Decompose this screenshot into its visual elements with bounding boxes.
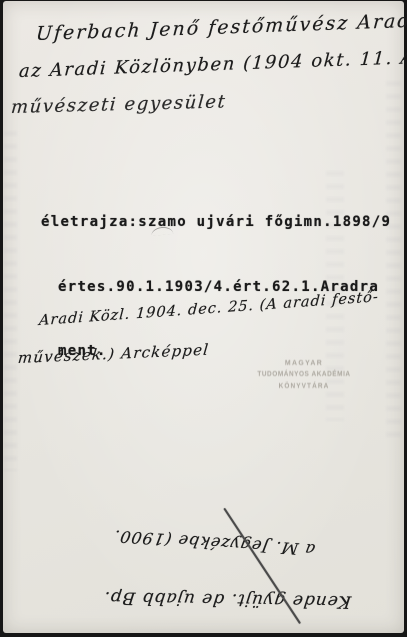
stamp-line: TUDOMÁNYOS AKADÉMIA	[252, 369, 357, 381]
scanned-card-background: Uferbach Jenő festőművész Aradon az Arad…	[0, 0, 407, 637]
stamp-line: KÖNYVTÁRA	[252, 381, 357, 393]
library-stamp: MAGYAR TUDOMÁNYOS AKADÉMIA KÖNYVTÁRA	[252, 357, 357, 393]
catalog-card: Uferbach Jenő festőművész Aradon az Arad…	[3, 1, 404, 633]
typewritten-line: életrajza:szamo ujvári főgimn.1898/9	[41, 212, 391, 234]
bleed-through-ghost-text	[4, 131, 17, 471]
handwritten-upside-down-note: Kende gyüjt. de ujabb Bp.	[60, 586, 352, 611]
handwritten-upside-down-note: a M. Jegyzékbe (1900.	[98, 526, 317, 560]
handwritten-continuation-line: művészeti egyesület	[10, 91, 227, 118]
handwritten-source-line: az Aradi Közlönyben (1904 okt. 11. A	[18, 47, 407, 82]
handwritten-title-line: Uferbach Jenő festőművész Aradon	[35, 9, 407, 45]
stamp-line: MAGYAR	[252, 357, 357, 369]
